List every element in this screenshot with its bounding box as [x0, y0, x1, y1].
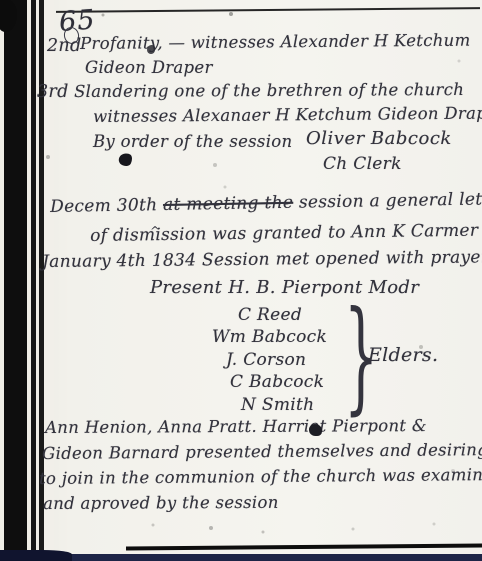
elder-name: C Babcock — [230, 372, 324, 393]
charge-2-continuation: Gideon Draper — [85, 58, 213, 79]
charge-3-number: 3rd — [37, 82, 69, 104]
ink-smudge — [147, 45, 155, 54]
page-top-edge-line — [56, 7, 480, 13]
dec30-rest: session a general letter — [293, 189, 482, 213]
entry-dec30-line1: Decem 30th at meeting the session a gene… — [50, 189, 482, 218]
scan-bottom-strip — [38, 554, 482, 561]
charge-3-text: Slandering one of the brethren of the ch… — [74, 80, 464, 103]
by-order-line: By order of the session — [93, 132, 292, 153]
charge-2-number: 2nd — [47, 36, 82, 58]
clerk-signature-title: Ch Clerk — [323, 154, 402, 175]
entry-jan4-opening: January 4th 1834 Session met opened with… — [42, 247, 482, 273]
entry-dec30-line2: of dismission was granted to Ann K Carme… — [90, 221, 478, 248]
admission-line: Ann Henion, Anna Pratt. Harriot Pierpont… — [45, 416, 427, 439]
clerk-signature-name: Oliver Babcock — [306, 128, 452, 151]
elder-name: C Reed — [238, 305, 302, 326]
charge-2-text: Profanity, — witnesses Alexander H Ketch… — [80, 31, 471, 55]
elder-name: J. Corson — [226, 350, 306, 371]
ink-blot — [117, 151, 134, 168]
elder-name: Wm Babcock — [212, 327, 327, 348]
elder-name: N Smith — [241, 395, 314, 416]
page-bottom-edge-line — [126, 543, 482, 550]
ink-blot — [309, 424, 322, 436]
present-moderator-line: Present H. B. Pierpont Modr — [150, 277, 419, 300]
dec30-date: Decem 30th — [50, 195, 163, 217]
scanned-manuscript-page: 65 2nd Profanity, — witnesses Alexander … — [0, 0, 482, 561]
admission-line: and aproved by the session — [43, 493, 279, 515]
dec30-struck-words: at meeting the — [163, 193, 293, 215]
paper-noise-specks — [0, 0, 2, 2]
binding-bottom-blob — [0, 550, 72, 561]
elders-label: Elders. — [368, 344, 438, 368]
admission-line: to join in the communion of the church w… — [39, 465, 482, 490]
charge-3-witnesses: witnesses Alexanaer H Ketchum Gideon Dra… — [93, 103, 482, 127]
admission-line: Gideon Barnard presented themselves and … — [42, 440, 482, 465]
